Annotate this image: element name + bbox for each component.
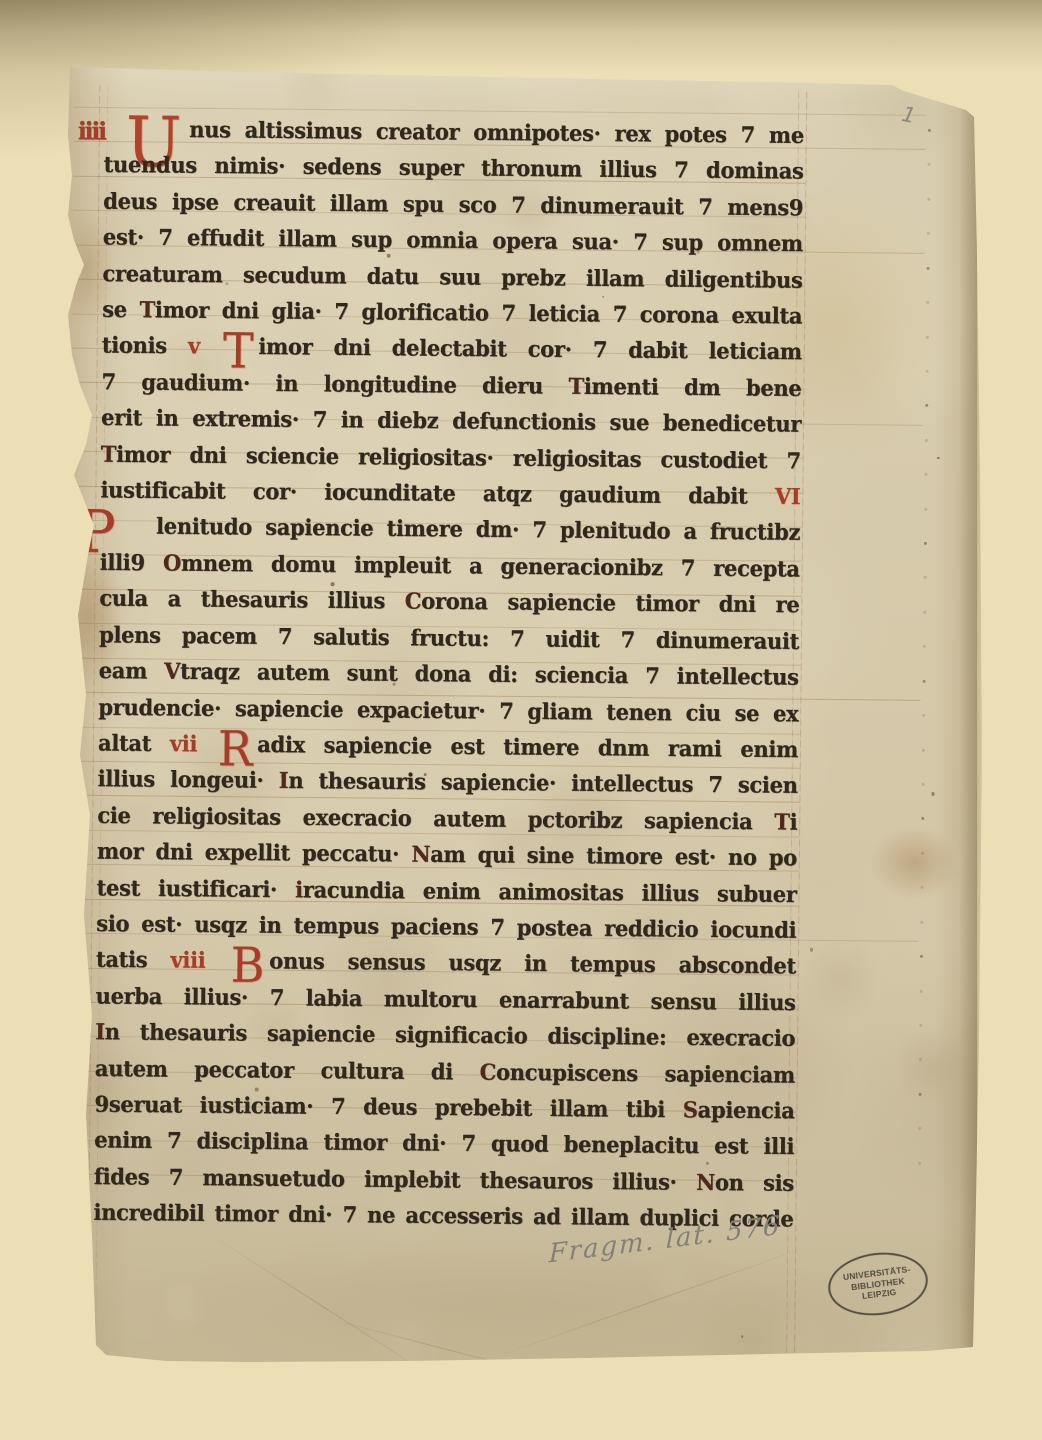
text-segment: O (163, 549, 181, 575)
text-segment: erit in extremis· 7 in diebz defunctioni… (101, 404, 801, 437)
prick-mark (921, 886, 924, 889)
text-segment: prudencie· sapiencie expacietur· 7 gliam… (98, 693, 798, 726)
prick-mark (922, 748, 925, 751)
prick-mark (927, 198, 930, 201)
text-segment: I (95, 1018, 105, 1044)
rubric-numeral: VI (775, 483, 801, 509)
text-segment: orona sapiencie timor dni re (421, 588, 799, 618)
text-segment: C (479, 1058, 496, 1084)
prick-mark (924, 507, 927, 510)
text-segment: imor dni delectabit cor· 7 dabit leticia… (258, 333, 802, 364)
crease-line (485, 1240, 825, 1361)
text-segment: deus ipse creauit illam spu sco 7 dinume… (103, 187, 803, 220)
crease-line (318, 1316, 570, 1382)
text-segment: T (101, 440, 117, 466)
prick-mark (926, 301, 929, 304)
prick-mark (924, 576, 927, 579)
texture-blob (838, 1006, 1042, 1226)
text-segment: fides 7 mansuetudo implebit thesauros il… (94, 1163, 696, 1195)
text-segment: cie religiositas execracio autem pctorib… (97, 802, 774, 835)
rubric-numeral: viii (170, 947, 228, 974)
photo-canvas: iiiiUnus altissimus creator omnipotes· r… (0, 0, 1042, 1440)
text-segment: sio est· usqz in tempus paciens 7 postea… (96, 910, 796, 943)
texture-blob (794, 932, 888, 1026)
prick-mark (923, 611, 926, 614)
text-segment: onus sensus usqz in tempus abscondet (269, 948, 796, 979)
rubric-numeral: v (188, 333, 221, 360)
ink-speck (741, 1335, 744, 1338)
text-segment: iustificabit cor· iocunditate atqz gaudi… (100, 476, 775, 509)
text-segment: illius longeui· (98, 765, 279, 793)
text-segment: uerba illius· 7 labia multoru enarrabunt… (95, 982, 795, 1015)
text-segment: V (164, 658, 180, 684)
text-segment: oncupiscens sapienciam (496, 1058, 795, 1087)
leaf-content: iiiiUnus altissimus creator omnipotes· r… (54, 55, 978, 1380)
text-segment: I (279, 767, 289, 793)
text-segment: am qui sine timore est· no po (430, 841, 797, 871)
text-segment: 9seruat iusticiam· 7 deus prebebit illam… (94, 1091, 682, 1123)
text-segment: N (411, 841, 430, 867)
prick-mark (928, 129, 931, 132)
prick-mark (918, 1161, 921, 1164)
text-segment: n thesauris sapiencie significacio disci… (105, 1018, 796, 1051)
prick-mark (920, 989, 923, 992)
text-segment: tatis (96, 946, 171, 973)
prick-mark (919, 1024, 922, 1027)
text-segment: mor dni expellit peccatu· (97, 838, 412, 867)
text-segment: enim 7 disciplina timor dni· 7 quod bene… (94, 1127, 794, 1160)
prick-mark (924, 542, 927, 545)
text-segment: adix sapiencie est timere dnm rami enim (257, 731, 798, 762)
text-segment: test iustificari· (96, 874, 295, 902)
text-segment: racundia enim animositas illius subuer (303, 876, 797, 907)
prick-mark (921, 817, 924, 820)
ink-speck (931, 792, 935, 796)
prick-mark (923, 680, 926, 683)
text-segment: cula a thesauris illius (99, 585, 405, 614)
text-segment: creaturam secudum datu suu prebz illam d… (102, 260, 802, 293)
text-segment: altat (98, 729, 170, 756)
ink-speck (810, 948, 814, 952)
ink-speck (937, 457, 939, 459)
texture-blob (154, 1278, 210, 1334)
prick-mark (921, 852, 924, 855)
prick-mark (927, 267, 930, 270)
prick-mark (922, 714, 925, 717)
text-segment: on sis (715, 1169, 794, 1196)
text-segment: nus altissimus creator omnipotes· rex po… (189, 116, 804, 148)
text-segment: est· 7 effudit illam sup omnia opera sua… (103, 224, 803, 257)
prick-mark (923, 645, 926, 648)
stain (864, 822, 965, 903)
prick-mark (920, 921, 923, 924)
text-segment: imenti dm bene (584, 373, 802, 401)
text-segment: eam (99, 657, 165, 684)
text-segment: C (405, 588, 422, 614)
text-segment: T (139, 296, 155, 322)
manuscript-leaf: iiiiUnus altissimus creator omnipotes· r… (66, 55, 977, 1371)
text-segment: 7 gaudium· in longitudine dieru (101, 368, 568, 399)
texture-blob (803, 813, 1042, 1056)
prick-mark (925, 439, 928, 442)
prick-mark (928, 163, 931, 166)
texture-blob (683, 1272, 821, 1410)
prick-mark (927, 232, 930, 235)
text-segment: tionis (102, 332, 188, 359)
text-segment: i (789, 808, 797, 834)
margin-numeral: iiii (78, 114, 105, 149)
text-segment: plens pacem 7 salutis fructu: 7 uidit 7 … (99, 621, 799, 654)
texture-blob (363, 1296, 450, 1383)
text-segment: lenitudo sapiencie timere dm· 7 plenitud… (156, 513, 800, 545)
stain (104, 1235, 925, 1373)
prick-mark (920, 955, 923, 958)
prick-mark (919, 1093, 922, 1096)
prick-mark (926, 370, 929, 373)
prick-mark (918, 1127, 921, 1130)
texture-blob (819, 200, 1042, 432)
text-segment: traqz autem sunt dona di: sciencia 7 int… (180, 658, 799, 690)
text-block: iiiiUnus altissimus creator omnipotes· r… (93, 111, 804, 1238)
prick-mark (922, 783, 925, 786)
rubric-numeral: vii (170, 730, 216, 757)
text-segment: T (568, 373, 584, 399)
text-segment: tuendus nimis· sedens super thronum illi… (103, 151, 803, 184)
prick-mark (926, 335, 929, 338)
text-segment: N (696, 1169, 715, 1195)
text-segment: illi9 (100, 549, 163, 576)
text-segment: T (774, 808, 790, 834)
prick-mark (925, 473, 928, 476)
text-segment: mnem domu impleuit a generacionibz 7 rec… (181, 549, 800, 581)
crease-line (198, 1227, 451, 1389)
text-segment: apiencia (697, 1096, 794, 1123)
text-segment: S (683, 1096, 698, 1122)
prick-mark (925, 404, 928, 407)
text-segment: imor dni sciencie religiositas· religios… (116, 440, 801, 473)
texture-blob (646, 1257, 703, 1314)
text-segment: se (102, 296, 140, 323)
leaf-edge-shadow (959, 55, 977, 1371)
text-segment: n thesauris sapiencie· intellectus 7 sci… (288, 767, 798, 798)
texture-blob (763, 1300, 833, 1370)
prick-mark (919, 1058, 922, 1061)
text-segment: autem peccator cultura di (95, 1054, 480, 1084)
